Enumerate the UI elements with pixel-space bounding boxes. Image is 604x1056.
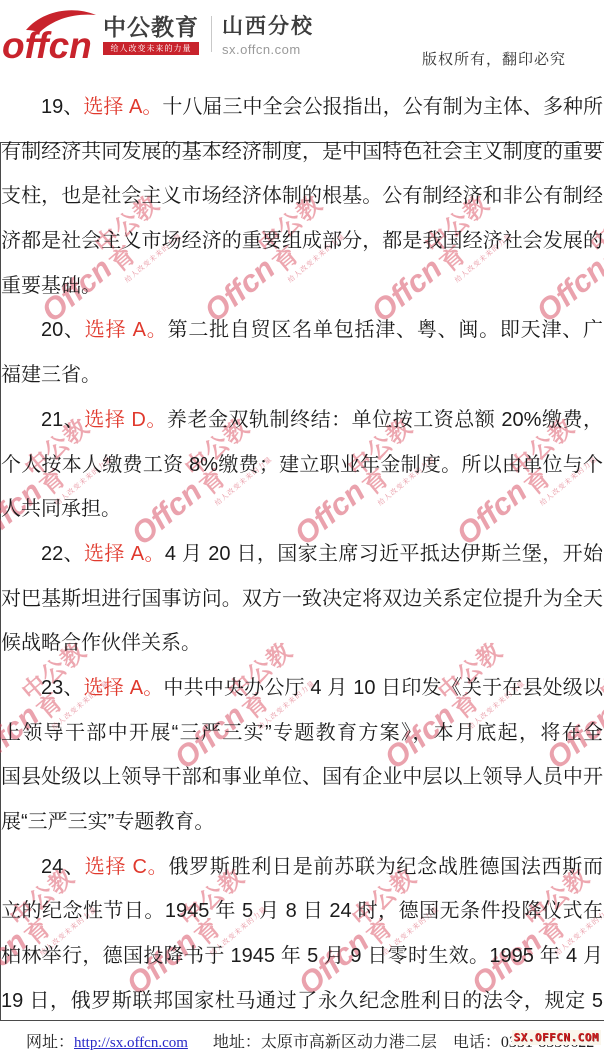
answer-item-line: 济都是社会主义市场经济的重要组成部分，都是我国经济社会发展的 bbox=[0, 219, 604, 264]
item-number: 20、 bbox=[41, 319, 85, 341]
answer-item-line: 立的纪念性节日。1945 年 5 月 8 日 24 时，德国无条件投降仪式在 bbox=[0, 889, 604, 934]
svg-text:offcn: offcn bbox=[2, 25, 92, 66]
answer-item-line: 有制经济共同发展的基本经济制度，是中国特色社会主义制度的重要 bbox=[0, 130, 604, 175]
branch-block: 山西分校 sx.offcn.com bbox=[222, 14, 314, 57]
offcn-logo-icon: offcn bbox=[2, 6, 97, 66]
answer-item-line: 人共同承担。 bbox=[0, 487, 604, 532]
sx-offcn-logo: SX.OFFCN.COM bbox=[512, 1030, 601, 1045]
item-number: 23、 bbox=[41, 677, 84, 699]
answer-item-line: 个人按本人缴费工资 8%缴费；建立职业年金制度。所以由单位与个 bbox=[0, 443, 604, 488]
answer-text: 十八届三中全会公报指出，公有制为主体、多种所 bbox=[162, 96, 603, 118]
answer-item-first-line: 24、选择 C。俄罗斯胜利日是前苏联为纪念战胜德国法西斯而设 bbox=[0, 845, 604, 890]
footer-url-link[interactable]: http://sx.offcn.com bbox=[74, 1035, 188, 1051]
footer-address: 地址：太原市高新区动力港二层 bbox=[213, 1029, 437, 1052]
answer-item-line: 候战略合作伙伴关系。 bbox=[0, 621, 604, 666]
item-number: 19、 bbox=[41, 96, 83, 118]
answer-text: 养老金双轨制终结：单位按工资总额 20%缴费， bbox=[167, 409, 603, 431]
item-number: 24、 bbox=[41, 856, 85, 878]
answer-label: 选择 A。 bbox=[84, 543, 165, 565]
footer-url: 网址：http://sx.offcn.com bbox=[26, 1029, 188, 1052]
copyright-notice: 版权所有，翻印必究 bbox=[422, 48, 566, 69]
footer-url-label: 网址： bbox=[26, 1034, 74, 1051]
answer-text: 4 月 20 日，国家主席习近平抵达伊斯兰堡，开始 bbox=[165, 543, 603, 565]
header-divider bbox=[211, 16, 212, 52]
header: offcn 中公教育 给人改变未来的力量 山西分校 sx.offcn.com 版… bbox=[2, 4, 604, 84]
answer-item-first-line: 19、选择 A。十八届三中全会公报指出，公有制为主体、多种所 bbox=[0, 85, 604, 130]
answers-list: 19、选择 A。十八届三中全会公报指出，公有制为主体、多种所有制经济共同发展的基… bbox=[0, 85, 604, 1023]
answer-item-first-line: 21、选择 D。养老金双轨制终结：单位按工资总额 20%缴费， bbox=[0, 398, 604, 443]
answer-item-line: 重要基础。 bbox=[0, 264, 604, 309]
answer-item-line: 支柱，也是社会主义市场经济体制的根基。公有制经济和非公有制经 bbox=[0, 174, 604, 219]
answer-item-line: 19 日，俄罗斯联邦国家杜马通过了永久纪念胜利日的法令，规定 5 bbox=[0, 979, 604, 1024]
footer: 网址：http://sx.offcn.com 地址：太原市高新区动力港二层 电话… bbox=[26, 1028, 604, 1052]
answer-label: 选择 C。 bbox=[85, 856, 169, 878]
branch-site: sx.offcn.com bbox=[222, 42, 314, 57]
branch-name: 山西分校 bbox=[222, 14, 314, 39]
answer-item-first-line: 23、选择 A。中共中央办公厅 4 月 10 日印发《关于在县处级以 bbox=[0, 666, 604, 711]
document-page: offcn 中公教育 给人改变未来的力量 山西分校 sx.offcn.com 版… bbox=[0, 0, 604, 1056]
brand-name: 中公教育 bbox=[103, 14, 199, 40]
item-number: 21、 bbox=[41, 409, 84, 431]
offcn-logo: offcn 中公教育 给人改变未来的力量 山西分校 sx.offcn.com bbox=[2, 6, 314, 66]
answer-item-line: 柏林举行，德国投降书于 1945 年 5 月 9 日零时生效。1995 年 4 … bbox=[0, 934, 604, 979]
answer-item-line: 上领导干部中开展“三严三实”专题教育方案》，本月底起，将在全 bbox=[0, 711, 604, 756]
brand-block: 中公教育 给人改变未来的力量 bbox=[103, 14, 199, 55]
answer-item-first-line: 20、选择 A。第二批自贸区名单包括津、粤、闽。即天津、广东、 bbox=[0, 308, 604, 353]
answer-item-line: 国县处级以上领导干部和事业单位、国有企业中层以上领导人员中开 bbox=[0, 755, 604, 800]
answer-text: 中共中央办公厅 4 月 10 日印发《关于在县处级以 bbox=[163, 677, 603, 699]
answer-item-line: 对巴基斯坦进行国事访问。双方一致决定将双边关系定位提升为全天 bbox=[0, 577, 604, 622]
brand-slogan: 给人改变未来的力量 bbox=[103, 42, 199, 55]
answer-label: 选择 A。 bbox=[83, 96, 162, 118]
answer-label: 选择 D。 bbox=[84, 409, 167, 431]
answer-item-line: 福建三省。 bbox=[0, 353, 604, 398]
answer-item-first-line: 22、选择 A。4 月 20 日，国家主席习近平抵达伊斯兰堡，开始 bbox=[0, 532, 604, 577]
answer-label: 选择 A。 bbox=[85, 319, 168, 341]
answer-label: 选择 A。 bbox=[84, 677, 164, 699]
item-number: 22、 bbox=[41, 543, 84, 565]
answer-item-line: 展“三严三实”专题教育。 bbox=[0, 800, 604, 845]
